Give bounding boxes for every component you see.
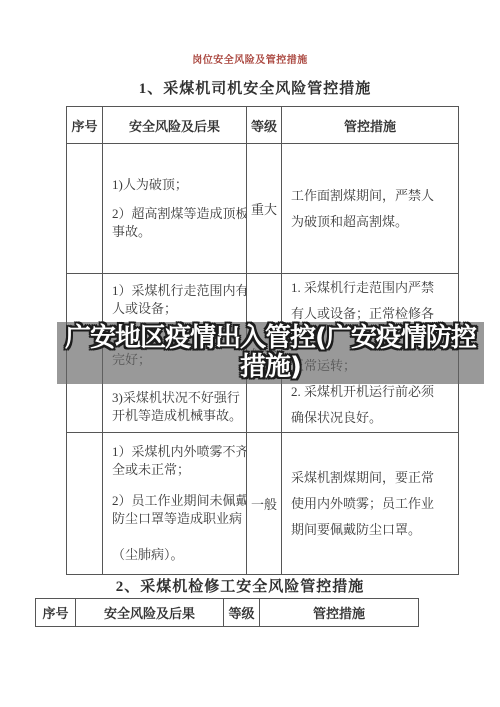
- t1-row1-level: 重大: [247, 144, 282, 274]
- section2-title: 2、采煤机检修工安全风险管控措施: [0, 575, 480, 596]
- watermark-text-line1: 广安地区疫情出入管控(广安疫情防控: [65, 324, 476, 353]
- risk-line: 2）超高割煤等造成顶板: [112, 205, 241, 223]
- t1-header-risk: 安全风险及后果: [103, 107, 247, 144]
- measure-line: 为破顶和超高割煤。: [291, 209, 453, 235]
- risk-line: 1）采煤机行走范围内有: [112, 282, 241, 300]
- t1-header-level: 等级: [247, 107, 282, 144]
- t1-row3-no: [67, 433, 103, 574]
- watermark-overlay: 广安地区疫情出入管控(广安疫情防控 措施): [57, 322, 484, 384]
- measure-line: 使用内外喷雾；员工作业: [291, 491, 453, 517]
- measure-line: 采煤机割煤期间，要正常: [291, 465, 453, 491]
- risk-line: 防尘口罩等造成职业病: [112, 510, 241, 528]
- t2-header-risk: 安全风险及后果: [76, 599, 224, 626]
- t1-row3-risk: 1）采煤机内外喷雾不齐 全或未正常； 2）员工作业期间未佩戴 防尘口罩等造成职业…: [103, 433, 247, 574]
- risk-line: 全或未正常；: [112, 461, 241, 479]
- risk-line: 2）员工作业期间未佩戴: [112, 492, 241, 510]
- t2-header-level: 等级: [224, 599, 260, 626]
- risk-line: 人或设备；: [112, 300, 241, 318]
- risk-line: 1）采煤机内外喷雾不齐: [112, 443, 241, 461]
- t1-header-measure: 管控措施: [282, 107, 458, 144]
- t1-row1-no: [67, 144, 103, 274]
- measure-line: 1. 采煤机行走范围内严禁: [291, 275, 453, 301]
- measure-line: 确保状况良好。: [291, 405, 453, 431]
- risk-line: （尘肺病）。: [112, 546, 241, 564]
- measure-line: 期间要佩戴防尘口罩。: [291, 517, 453, 543]
- t1-row1-measures: 工作面割煤期间，严禁人 为破顶和超高割煤。: [282, 144, 458, 274]
- t1-row1-risk: 1)人为破顶； 2）超高割煤等造成顶板 事故。: [103, 144, 247, 274]
- risk-line: 1)人为破顶；: [112, 176, 241, 194]
- page-header-note: 岗位安全风险及管控措施: [0, 51, 500, 66]
- measure-line: 工作面割煤期间，严禁人: [291, 183, 453, 209]
- risk-line: 3)采煤机状况不好强行: [112, 389, 241, 407]
- t1-row3-level: 一般: [247, 433, 282, 574]
- t1-header-no: 序号: [67, 107, 103, 144]
- safety-table-2: 序号 安全风险及后果 等级 管控措施: [35, 598, 419, 627]
- t2-header-measure: 管控措施: [260, 599, 418, 626]
- t2-header-no: 序号: [36, 599, 76, 626]
- watermark-text-line2: 措施): [240, 353, 301, 382]
- section1-title: 1、采煤机司机安全风险管控措施: [5, 77, 500, 98]
- t1-row3-measures: 采煤机割煤期间，要正常 使用内外喷雾；员工作业 期间要佩戴防尘口罩。: [282, 433, 458, 574]
- risk-line: 开机等造成机械事故。: [112, 407, 241, 425]
- risk-line: 事故。: [112, 223, 241, 241]
